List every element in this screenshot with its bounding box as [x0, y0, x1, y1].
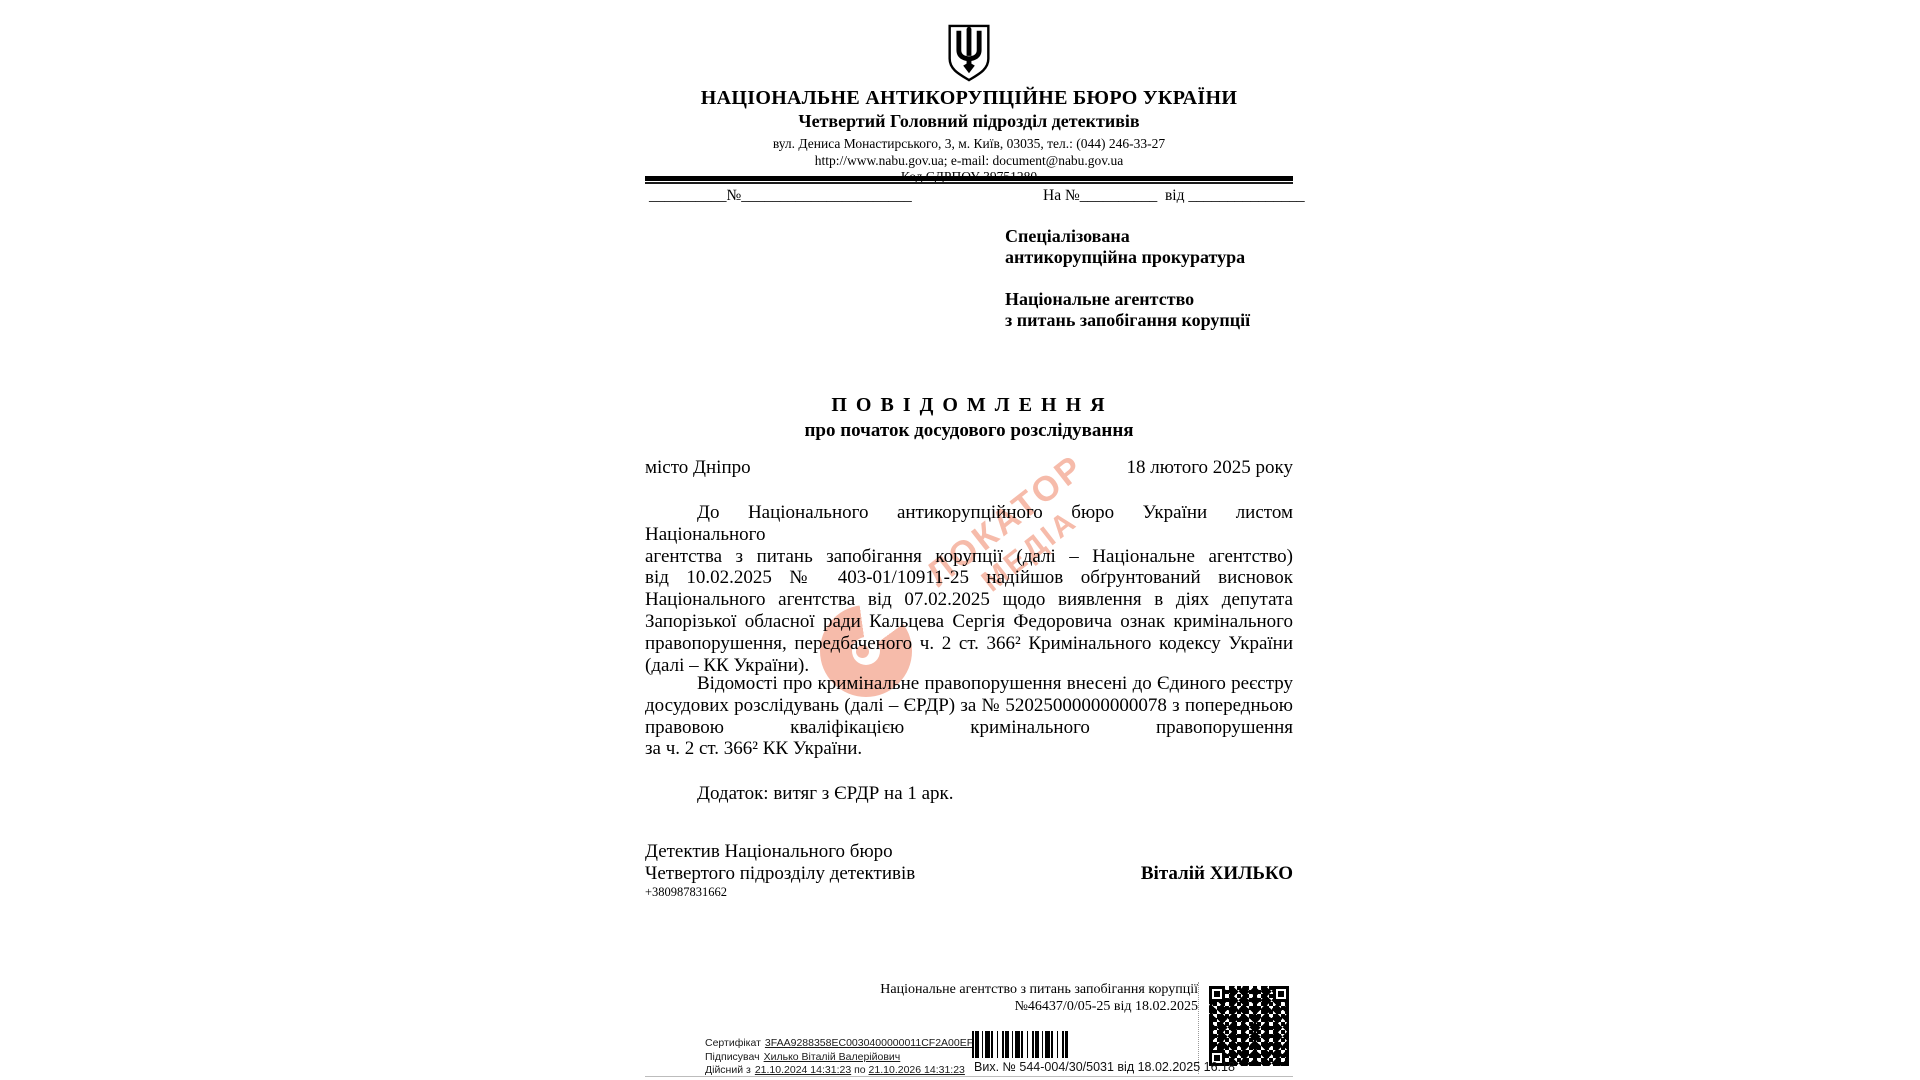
- paragraph-2: Відомості про кримінальне правопорушення…: [645, 673, 1293, 760]
- addressee-block: Спеціалізована антикорупційна прокуратур…: [1005, 226, 1250, 331]
- stamp-agency: Національне агентство з питань запобіган…: [880, 981, 1198, 998]
- p1-line: До Національного антикорупційного бюро У…: [645, 502, 1293, 546]
- signer-title-line1: Детектив Національного бюро: [645, 841, 1293, 863]
- validity-label: Дійсний з: [705, 1064, 751, 1076]
- signer-line: ПідписувачХилько Віталій Валерійович: [705, 1051, 1011, 1065]
- p1-line: агентства з питань запобігання корупції …: [645, 546, 1293, 568]
- qr-code: [1207, 984, 1291, 1068]
- place: місто Дніпро: [645, 457, 751, 479]
- qr-finder-icon: [1273, 986, 1289, 1002]
- signer-phone: +380987831662: [645, 885, 1293, 899]
- org-division: Четвертий Головний підрозділ детективів: [645, 112, 1293, 130]
- p1-line: від 10.02.2025 № 403-01/10911-25 надійшо…: [645, 567, 1293, 589]
- addressee-sap-line2: антикорупційна прокуратура: [1005, 247, 1250, 268]
- signer-value: Хилько Віталій Валерійович: [764, 1051, 901, 1063]
- document-page: НАЦІОНАЛЬНЕ АНТИКОРУПЦІЙНЕ БЮРО УКРАЇНИ …: [645, 0, 1293, 1080]
- addressee-nazk-line2: з питань запобігання корупції: [1005, 310, 1250, 331]
- p2-line: досудових розслідувань (далі – ЄРДР) за …: [645, 695, 1293, 717]
- signature-block: Детектив Національного бюро Четвертого п…: [645, 841, 1293, 899]
- validity-to: 21.10.2026 14:31:23: [869, 1064, 965, 1076]
- title-sub: про початок досудового розслідування: [645, 420, 1293, 442]
- org-web-email: http://www.nabu.gov.ua; e-mail: document…: [645, 154, 1293, 168]
- reference-reply-blank: На №__________ від _______________: [1043, 187, 1305, 205]
- certificate-block: Сертифікат3FAA9288358EC0030400000011CF2A…: [705, 1037, 1011, 1078]
- signer-label: Підписувач: [705, 1051, 760, 1063]
- reference-number-blank: __________№______________________: [649, 187, 912, 205]
- registration-stamp: Національне агентство з питань запобіган…: [880, 981, 1198, 1015]
- document-title: П О В І Д О М Л Е Н Н Я про початок досу…: [645, 394, 1293, 442]
- validity-to-label: по: [854, 1064, 866, 1076]
- stamp-registration-number: №46437/0/05-25 від 18.02.2025: [880, 998, 1198, 1015]
- p1-line: Запорізької обласної ради Кальцева Сергі…: [645, 611, 1293, 633]
- attachment-line: Додаток: витяг з ЄРДР на 1 арк.: [645, 783, 1293, 805]
- place-date-row: місто Дніпро 18 лютого 2025 року: [645, 457, 1293, 479]
- addressee-nazk-line1: Національне агентство: [1005, 289, 1250, 310]
- letterhead: НАЦІОНАЛЬНЕ АНТИКОРУПЦІЙНЕ БЮРО УКРАЇНИ …: [645, 88, 1293, 187]
- date: 18 лютого 2025 року: [1126, 457, 1293, 479]
- letterhead-rule: [645, 176, 1293, 184]
- validity-from: 21.10.2024 14:31:23: [755, 1064, 851, 1076]
- certificate-line: Сертифікат3FAA9288358EC0030400000011CF2A…: [705, 1037, 1011, 1051]
- p2-line: Відомості про кримінальне правопорушення…: [645, 673, 1293, 695]
- paragraph-1: До Національного антикорупційного бюро У…: [645, 502, 1293, 676]
- p1-line: Національного агентства від 07.02.2025 щ…: [645, 589, 1293, 611]
- qr-finder-icon: [1209, 986, 1225, 1002]
- signer-name: Віталій ХИЛЬКО: [1141, 863, 1293, 885]
- p1-line: правопорушення, передбаченого ч. 2 ст. 3…: [645, 633, 1293, 655]
- title-main: П О В І Д О М Л Е Н Н Я: [645, 394, 1293, 417]
- certificate-label: Сертифікат: [705, 1037, 761, 1049]
- reference-line: __________№______________________ На №__…: [645, 187, 1293, 209]
- signer-title-line2: Четвертого підрозділу детективів: [645, 863, 915, 885]
- barcode: [972, 1031, 1068, 1058]
- outgoing-number: Вих. № 544-004/30/5031 від 18.02.2025 16…: [974, 1060, 1235, 1074]
- org-name: НАЦІОНАЛЬНЕ АНТИКОРУПЦІЙНЕ БЮРО УКРАЇНИ: [645, 88, 1293, 108]
- addressee-sap-line1: Спеціалізована: [1005, 226, 1250, 247]
- page-bottom-edge: [645, 1076, 1293, 1077]
- org-address: вул. Дениса Монастирського, 3, м. Київ, …: [645, 137, 1293, 151]
- p2-line: за ч. 2 ст. 366² КК України.: [645, 738, 1293, 760]
- p2-line: правовою кваліфікацією кримінального пра…: [645, 717, 1293, 739]
- ukraine-trident-emblem-icon: [945, 24, 993, 87]
